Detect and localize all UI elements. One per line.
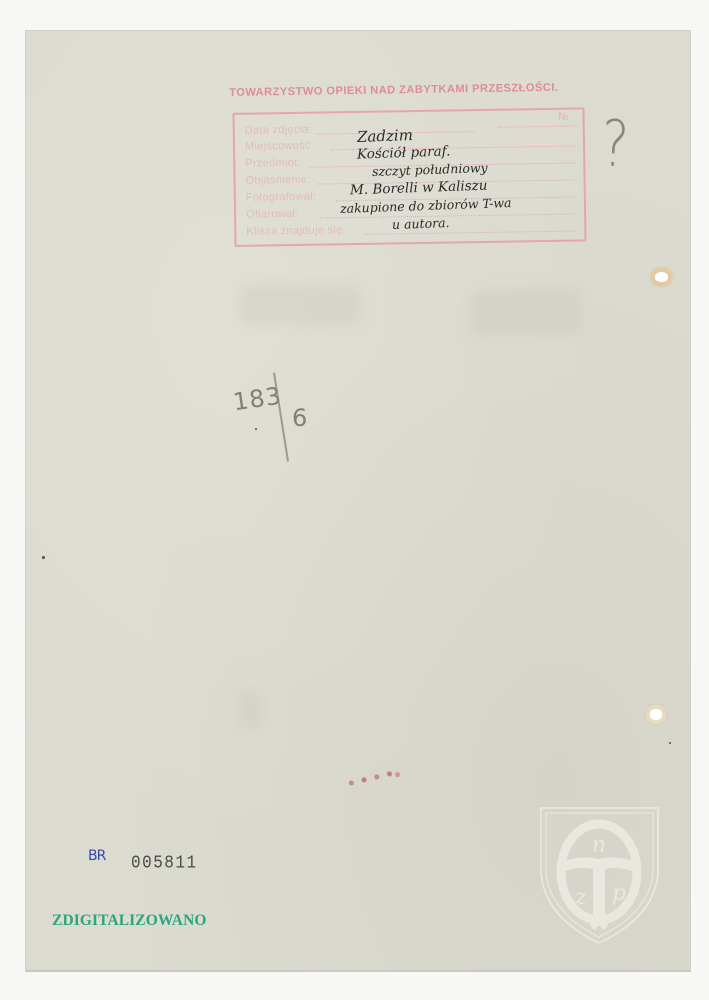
paper-tear-lower-right (650, 709, 662, 720)
pencil-catalog-subnumber: 6 (292, 404, 307, 432)
handwritten-negative-location: u autora. (392, 215, 450, 232)
svg-text:n: n (592, 833, 606, 858)
sheet-bottom-edge (26, 970, 690, 972)
paper-tear-top-right (655, 272, 668, 282)
stamp-field-label: Klisza znajduje się: (246, 224, 346, 238)
inventory-number-stamp: 005811 (131, 853, 198, 874)
svg-text:z: z (574, 885, 587, 910)
stamp-field-label: Ofiarował: (246, 208, 299, 221)
stamp-field-label: Objaśnienie: (245, 174, 310, 187)
digitized-stamp: ZDIGITALIZOWANO (52, 912, 207, 930)
stamp-field-label: Data zdjęcia: (245, 124, 313, 137)
ghost-mark (240, 285, 360, 325)
handwritten-subject: Kościół paraf. (357, 143, 451, 162)
ink-speck (255, 428, 257, 430)
br-handwritten-mark: BR (88, 848, 105, 864)
ink-speck (669, 742, 671, 744)
pencil-question-mark: ? (599, 107, 630, 183)
ghost-mark (470, 290, 580, 335)
stamp-field-label: Przedmiot: (245, 157, 301, 170)
stamp-field-label: Fotografował: (246, 191, 317, 204)
stamp-title: TOWARZYSTWO OPIEKI NAD ZABYTKAMI PRZESZŁ… (229, 82, 558, 99)
handwritten-place: Zadzim (357, 126, 414, 146)
ink-speck (42, 556, 45, 559)
svg-text:p: p (612, 881, 626, 906)
scan-background: TOWARZYSTWO OPIEKI NAD ZABYTKAMI PRZESZŁ… (0, 0, 709, 1000)
ghost-mark (240, 690, 260, 730)
tozp-shield-watermark-icon: n z p (537, 802, 662, 947)
stamp-field-label: Miejscowość: (245, 140, 314, 153)
